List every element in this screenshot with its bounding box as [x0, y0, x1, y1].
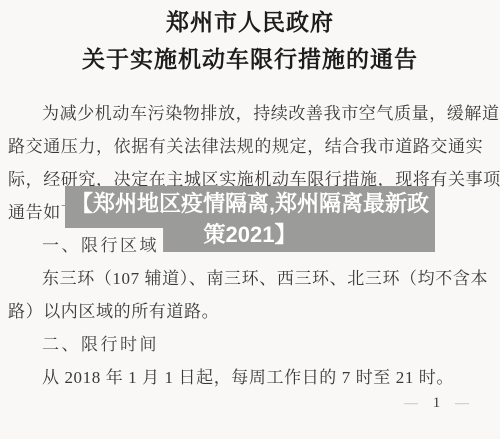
- footer-dash-right: —: [455, 396, 470, 411]
- body-line-2: 路交通压力，依据有关法律法规的规定，结合我市道路交通实: [8, 130, 492, 163]
- page-number: 1: [424, 395, 451, 411]
- page-number-footer: — 1 —: [404, 395, 470, 412]
- watermark-text-line1: 【郑州地区疫情隔离,郑州隔离最新政: [65, 188, 435, 219]
- body-line-6: 东三环（107 辅道）、南三环、西三环、北三环（均不含本: [8, 262, 492, 295]
- section-heading-restricted-time: 二、限行时间: [8, 328, 492, 361]
- body-line-7: 路）以内区域的所有道路。: [8, 295, 492, 328]
- body-line-9: 从 2018 年 1 月 1 日起，每周工作日的 7 时至 21 时。: [8, 361, 492, 394]
- document-title: 郑州市人民政府: [0, 8, 500, 38]
- document-header: 郑州市人民政府 关于实施机动车限行措施的通告: [0, 8, 500, 75]
- footer-dash-left: —: [404, 396, 419, 411]
- document-subtitle: 关于实施机动车限行措施的通告: [0, 45, 500, 75]
- body-line-1: 为减少机动车污染物排放，持续改善我市空气质量，缓解道: [8, 97, 492, 130]
- document-page: 郑州市人民政府 关于实施机动车限行措施的通告 为减少机动车污染物排放，持续改善我…: [0, 0, 500, 439]
